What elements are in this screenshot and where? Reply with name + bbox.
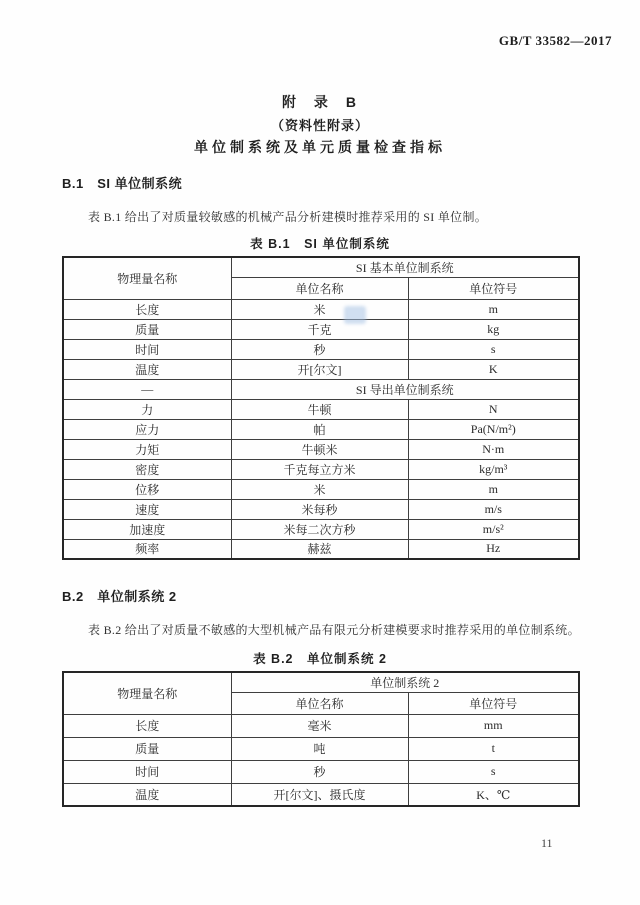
cell-unit-symbol: t: [408, 737, 579, 760]
appendix-name: 单位制系统及单元质量检查指标: [0, 137, 640, 157]
cell-unit-symbol: m/s²: [408, 519, 579, 539]
cell-unit-symbol: K: [408, 359, 579, 379]
cell-unit-name: 米每二次方秒: [231, 519, 408, 539]
table-row: 时间 秒 s: [63, 339, 579, 359]
section-b2-heading: B.2 单位制系统 2: [62, 586, 177, 605]
cell-quantity: 温度: [63, 783, 231, 806]
table-b2: 物理量名称 单位制系统 2 单位名称 单位符号 长度 毫米 mm 质量 吨 t …: [62, 671, 580, 807]
cell-quantity: 力: [63, 399, 231, 419]
cell-unit-name: 米: [231, 479, 408, 499]
cell-unit-name: 吨: [231, 737, 408, 760]
cell-unit-name: 开[尔文]、摄氏度: [231, 783, 408, 806]
cell-quantity: 力矩: [63, 439, 231, 459]
cell-quantity: 时间: [63, 760, 231, 783]
cell-quantity: —: [63, 379, 231, 399]
cell-unit-symbol: kg/m³: [408, 459, 579, 479]
cell-unit-name: 赫兹: [231, 539, 408, 559]
cell-quantity: 时间: [63, 339, 231, 359]
table-row: 质量 吨 t: [63, 737, 579, 760]
cell-unit-symbol: mm: [408, 714, 579, 737]
cell-unit-symbol: m: [408, 299, 579, 319]
cell-unit-symbol: s: [408, 760, 579, 783]
cell-unit-symbol: s: [408, 339, 579, 359]
cell-unit-name: 帕: [231, 419, 408, 439]
cell-quantity: 长度: [63, 714, 231, 737]
cell-unit-symbol: m/s: [408, 499, 579, 519]
header-quantity: 物理量名称: [63, 672, 231, 714]
cell-quantity: 加速度: [63, 519, 231, 539]
table-b2-caption: 表 B.2 单位制系统 2: [0, 649, 640, 667]
cell-unit-symbol: kg: [408, 319, 579, 339]
cell-unit-name: 开[尔文]: [231, 359, 408, 379]
cell-unit-symbol: N: [408, 399, 579, 419]
cell-unit-symbol: m: [408, 479, 579, 499]
scan-highlight-artifact: [344, 306, 366, 324]
cell-unit-name: 千克: [231, 319, 408, 339]
table-header-row: 物理量名称 单位制系统 2: [63, 672, 579, 692]
cell-unit-name: 牛顿: [231, 399, 408, 419]
header-unit-name: 单位名称: [231, 277, 408, 299]
cell-quantity: 质量: [63, 319, 231, 339]
cell-unit-symbol: N·m: [408, 439, 579, 459]
header-unit-symbol: 单位符号: [408, 277, 579, 299]
page-number: 11: [541, 836, 553, 851]
cell-unit-name: 秒: [231, 339, 408, 359]
table-row: 速度 米每秒 m/s: [63, 499, 579, 519]
table-row: 长度 米 m: [63, 299, 579, 319]
appendix-title: 附 录 B: [0, 92, 640, 112]
table-row: 频率 赫兹 Hz: [63, 539, 579, 559]
table-row: 长度 毫米 mm: [63, 714, 579, 737]
cell-quantity: 位移: [63, 479, 231, 499]
table-divider-row: — SI 导出单位制系统: [63, 379, 579, 399]
header-group: 单位制系统 2: [231, 672, 579, 692]
table-row: 密度 千克每立方米 kg/m³: [63, 459, 579, 479]
cell-quantity: 温度: [63, 359, 231, 379]
cell-unit-name: 米: [231, 299, 408, 319]
table-row: 质量 千克 kg: [63, 319, 579, 339]
derived-group-header: SI 导出单位制系统: [231, 379, 579, 399]
cell-unit-name: 千克每立方米: [231, 459, 408, 479]
table-row: 位移 米 m: [63, 479, 579, 499]
header-unit-name: 单位名称: [231, 692, 408, 714]
header-group: SI 基本单位制系统: [231, 257, 579, 277]
section-b2-paragraph: 表 B.2 给出了对质量不敏感的大型机械产品有限元分析建模要求时推荐采用的单位制…: [88, 621, 588, 638]
header-quantity: 物理量名称: [63, 257, 231, 299]
cell-unit-name: 牛顿米: [231, 439, 408, 459]
cell-quantity: 频率: [63, 539, 231, 559]
appendix-subtitle: （资料性附录）: [0, 115, 640, 134]
cell-unit-name: 秒: [231, 760, 408, 783]
cell-unit-name: 米每秒: [231, 499, 408, 519]
table-row: 力 牛顿 N: [63, 399, 579, 419]
header-unit-symbol: 单位符号: [408, 692, 579, 714]
table-b1: 物理量名称 SI 基本单位制系统 单位名称 单位符号 长度 米 m 质量 千克 …: [62, 256, 580, 560]
cell-quantity: 应力: [63, 419, 231, 439]
table-header-row: 物理量名称 SI 基本单位制系统: [63, 257, 579, 277]
cell-quantity: 质量: [63, 737, 231, 760]
section-b1-heading: B.1 SI 单位制系统: [62, 173, 182, 192]
cell-unit-name: 毫米: [231, 714, 408, 737]
section-b1-paragraph: 表 B.1 给出了对质量较敏感的机械产品分析建模时推荐采用的 SI 单位制。: [88, 208, 588, 225]
standard-number: GB/T 33582—2017: [499, 33, 612, 49]
cell-unit-symbol: Pa(N/m²): [408, 419, 579, 439]
cell-quantity: 长度: [63, 299, 231, 319]
table-row: 时间 秒 s: [63, 760, 579, 783]
table-row: 温度 开[尔文]、摄氏度 K、℃: [63, 783, 579, 806]
document-page: GB/T 33582—2017 附 录 B （资料性附录） 单位制系统及单元质量…: [0, 0, 640, 905]
table-row: 应力 帕 Pa(N/m²): [63, 419, 579, 439]
cell-unit-symbol: Hz: [408, 539, 579, 559]
table-row: 力矩 牛顿米 N·m: [63, 439, 579, 459]
table-b1-caption: 表 B.1 SI 单位制系统: [0, 234, 640, 252]
cell-unit-symbol: K、℃: [408, 783, 579, 806]
table-row: 加速度 米每二次方秒 m/s²: [63, 519, 579, 539]
table-row: 温度 开[尔文] K: [63, 359, 579, 379]
cell-quantity: 速度: [63, 499, 231, 519]
cell-quantity: 密度: [63, 459, 231, 479]
